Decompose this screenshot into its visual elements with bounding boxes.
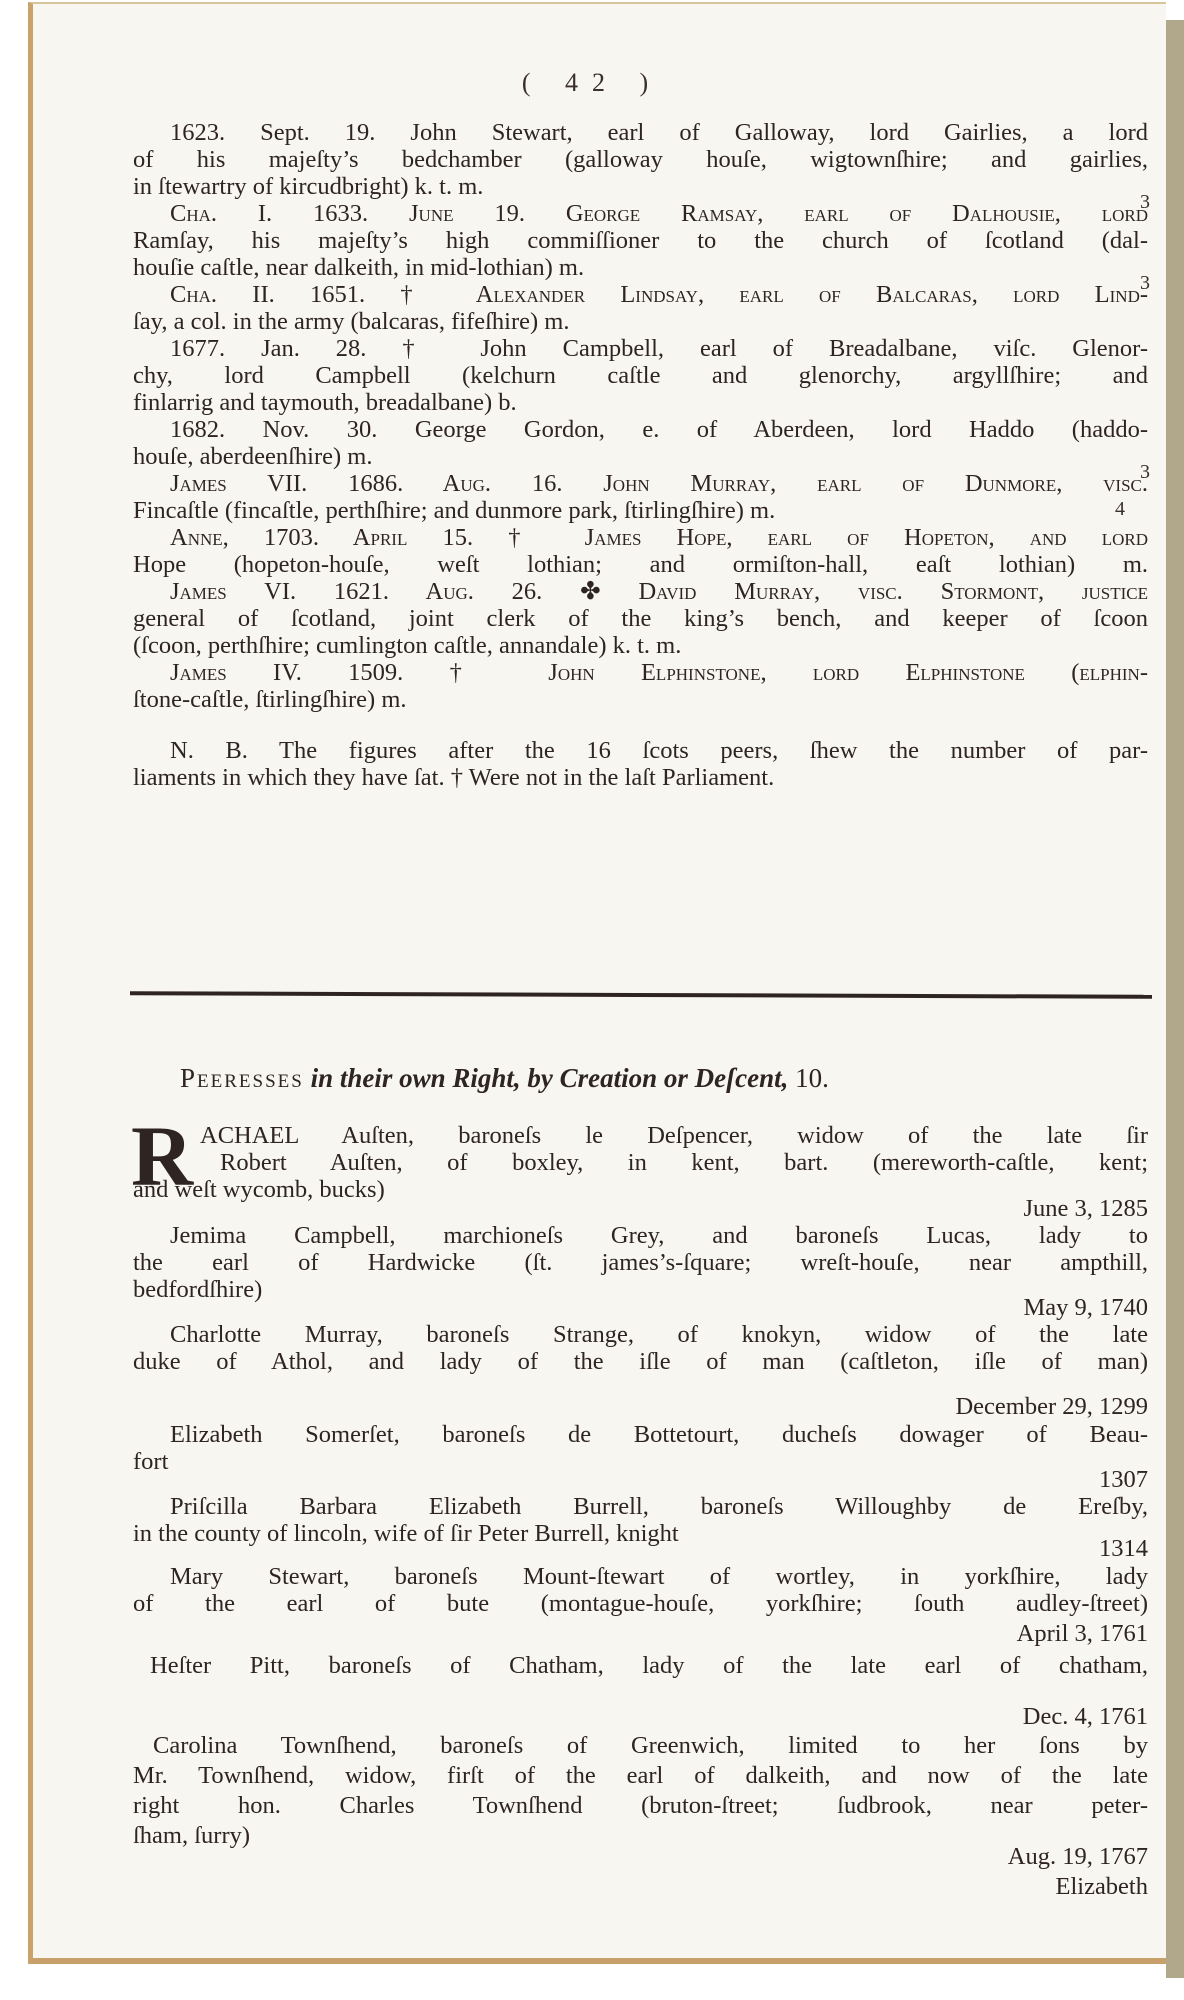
section-title: Peeresses in their own Right, by Creatio… — [180, 1063, 829, 1094]
entry-line: ſay, a col. in the army (balcaras, fifeſ… — [133, 308, 570, 336]
entry-line: James IV. 1509. † John Elphinſtone, lord… — [170, 659, 1148, 687]
entry-line: Anne, 1703. April 15. † James Hope, earl… — [170, 524, 1148, 552]
title-italic: in their own Right, by Creation or Deſce… — [311, 1063, 789, 1093]
entry-line: bedfordſhire) — [133, 1276, 262, 1304]
entry-line: fort — [133, 1448, 168, 1476]
title-count: 10. — [795, 1063, 829, 1093]
creation-date: June 3, 1285 — [1023, 1195, 1148, 1223]
page-number: ( 42 ) — [0, 68, 1184, 98]
entry-line: Heſter Pitt, baroneſs of Chatham, lady o… — [150, 1652, 1148, 1680]
entry-line: Fincaſtle (fincaſtle, perthſhire; and du… — [133, 497, 775, 525]
entry-line: James VI. 1621. Aug. 26. ✤ David Murray,… — [170, 578, 1148, 606]
entry-line: 1623. Sept. 19. John Stewart, earl of Ga… — [170, 119, 1148, 147]
entry-line: Cha. I. 1633. June 19. George Ramſay, ea… — [170, 200, 1148, 228]
entry-line: right hon. Charles Townſhend (bruton-ſtr… — [133, 1792, 1148, 1820]
entry-line: houſe, aberdeenſhire) m. — [133, 443, 372, 471]
entry-line: in the county of lincoln, wife of ſir Pe… — [133, 1520, 679, 1548]
creation-date: 1314 — [1099, 1535, 1148, 1563]
entry-line: Robert Auſten, of boxley, in kent, bart.… — [220, 1149, 1148, 1177]
entry-line: 1677. Jan. 28. † John Campbell, earl of … — [170, 335, 1148, 363]
creation-date: May 9, 1740 — [1023, 1294, 1148, 1322]
entry-line: of his majeſty’s bedchamber (galloway ho… — [133, 146, 1148, 174]
creation-date: December 29, 1299 — [955, 1393, 1148, 1421]
note-line: N. B. The figures after the 16 ſcots pee… — [170, 737, 1148, 765]
entry-line: chy, lord Campbell (kelchurn caſtle and … — [133, 362, 1148, 390]
entry-line: Mary Stewart, baroneſs Mount-ſtewart of … — [170, 1563, 1148, 1591]
entry-line: (ſcoon, perthſhire; cumlington caſtle, a… — [133, 632, 681, 660]
entry-line: Charlotte Murray, baroneſs Strange, of k… — [170, 1321, 1148, 1349]
entry-line: Hope (hopeton-houſe, weſt lothian; and o… — [133, 551, 1148, 579]
entry-line: finlarrig and taymouth, breadalbane) b. — [133, 389, 517, 417]
note-line: liaments in which they have ſat. † Were … — [133, 764, 774, 792]
title-lead: Peeresses — [180, 1063, 304, 1093]
entry-line: ſtone-caſtle, ſtirlingſhire) m. — [133, 686, 407, 714]
entry-line: 1682. Nov. 30. George Gordon, e. of Aber… — [170, 416, 1148, 444]
entry-line: Priſcilla Barbara Elizabeth Burrell, bar… — [170, 1493, 1148, 1521]
entry-line: Cha. II. 1651. † Alexander Lindſay, earl… — [170, 281, 1148, 309]
entry-line: in ſtewartry of kircudbright) k. t. m. — [133, 173, 483, 201]
entry-line: Jemima Campbell, marchioneſs Grey, and b… — [170, 1222, 1148, 1250]
entry-line: Ramſay, his majeſty’s high commiſſioner … — [133, 227, 1148, 255]
entry-line: Mr. Townſhend, widow, firſt of the earl … — [133, 1762, 1148, 1790]
creation-date: 1307 — [1099, 1466, 1148, 1494]
entry-line: ſham, ſurry) — [133, 1822, 250, 1850]
entry-line: James VII. 1686. Aug. 16. John Murray, e… — [170, 470, 1148, 498]
creation-date: Dec. 4, 1761 — [1023, 1703, 1148, 1731]
entry-line: and weſt wycomb, bucks) — [133, 1176, 385, 1204]
entry-line: houſie caſtle, near dalkeith, in mid-lot… — [133, 254, 584, 282]
page-edge — [1166, 20, 1184, 1978]
entry-line: Carolina Townſhend, baroneſs of Greenwic… — [153, 1732, 1148, 1760]
entry-line: general of ſcotland, joint clerk of the … — [133, 605, 1148, 633]
entry-line: Elizabeth Somerſet, baroneſs de Bottetou… — [170, 1421, 1148, 1449]
entry-line: ACHAEL Auſten, baroneſs le Deſpencer, wi… — [200, 1122, 1148, 1150]
catchword: Elizabeth — [1055, 1873, 1148, 1901]
creation-date: Aug. 19, 1767 — [1008, 1843, 1148, 1871]
entry-line: of the earl of bute (montague-houſe, yor… — [133, 1590, 1148, 1618]
entry-line: duke of Athol, and lady of the iſle of m… — [133, 1348, 1148, 1376]
creation-date: April 3, 1761 — [1017, 1620, 1148, 1648]
entry-line: the earl of Hardwicke (ſt. james’s-ſquar… — [133, 1249, 1148, 1277]
parliament-count: 4 — [1115, 498, 1125, 521]
